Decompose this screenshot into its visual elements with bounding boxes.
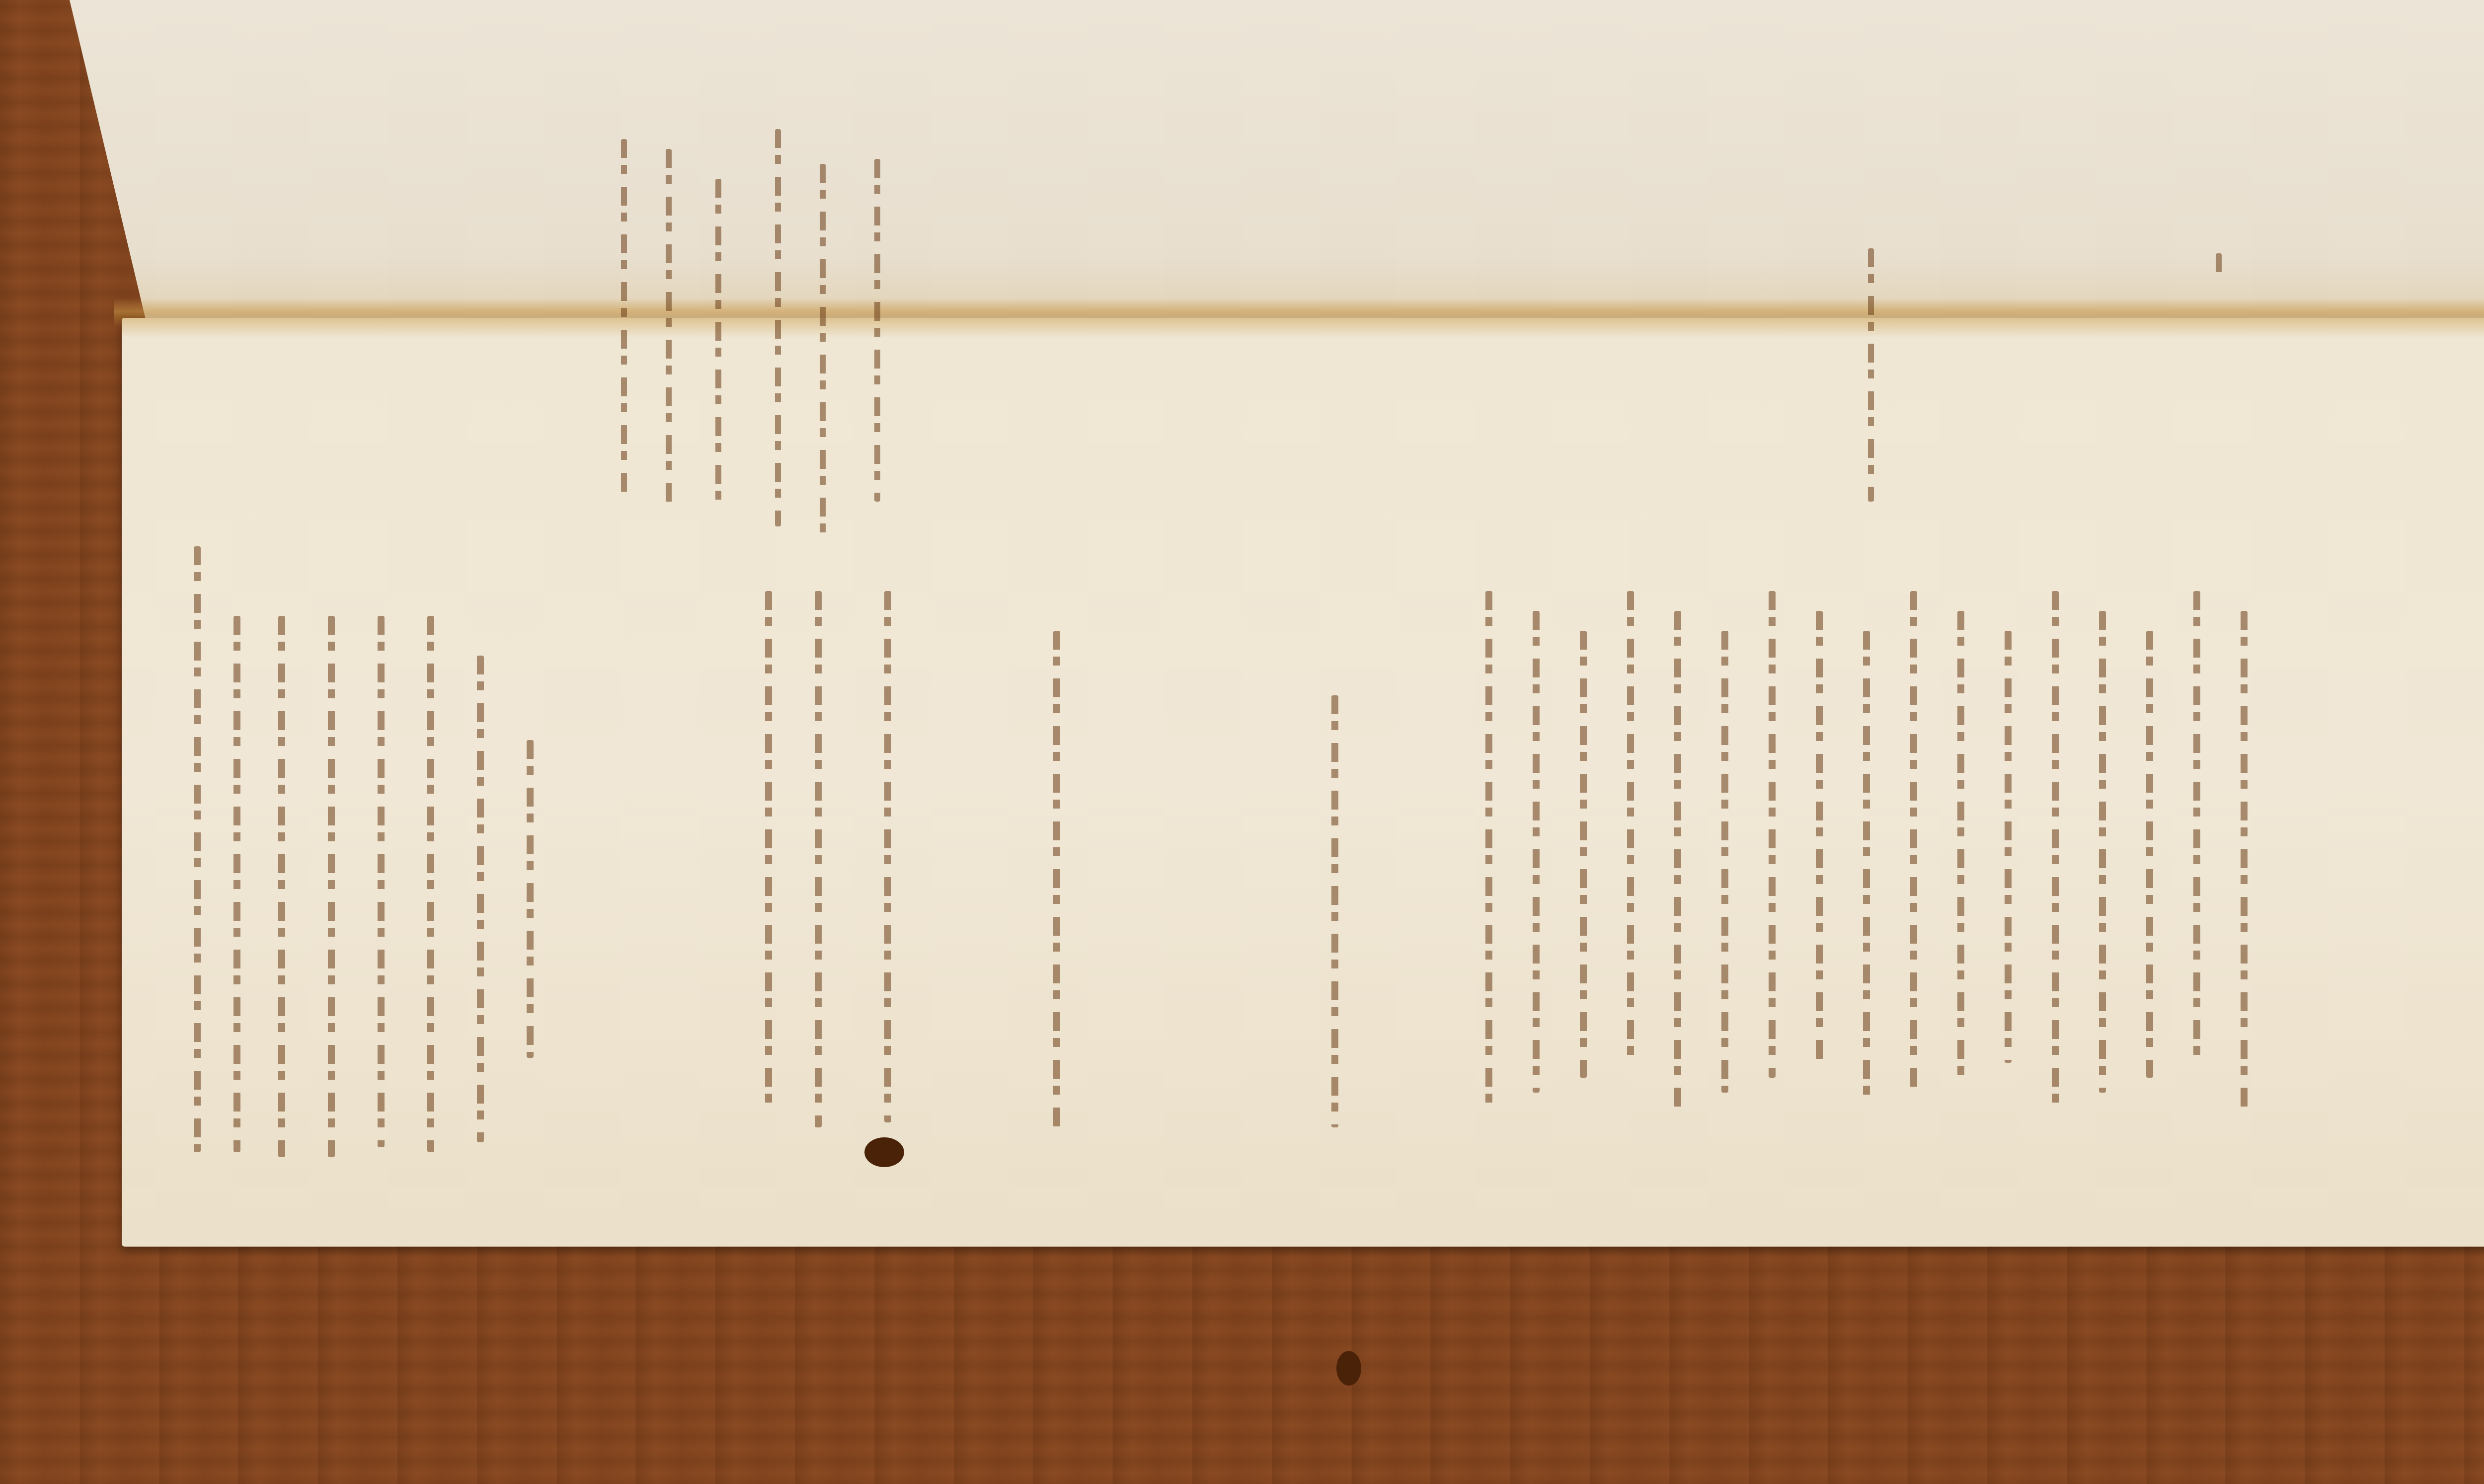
handwriting-line bbox=[1053, 631, 1060, 1127]
handwriting-line bbox=[427, 616, 434, 1152]
handwriting-line bbox=[2099, 611, 2106, 1093]
handwriting-line bbox=[884, 591, 891, 1122]
handwriting-line bbox=[527, 740, 534, 1058]
handwriting-line bbox=[233, 616, 240, 1152]
handwriting-line bbox=[278, 616, 285, 1157]
handwriting-line bbox=[2241, 611, 2248, 1108]
handwriting-line bbox=[194, 546, 201, 1152]
marginal-note-left: ​ bbox=[616, 109, 643, 318]
handwriting-line bbox=[2052, 591, 2059, 1108]
handwriting-line bbox=[378, 616, 385, 1147]
upper-paper-leaf: ​ bbox=[70, 0, 2484, 318]
handwriting-line bbox=[328, 616, 335, 1157]
handwriting-line bbox=[715, 179, 721, 502]
handwriting-line bbox=[820, 164, 826, 536]
handwriting-line bbox=[1868, 248, 1874, 502]
handwriting-line bbox=[2193, 591, 2200, 1063]
handwriting-line bbox=[1331, 695, 1338, 1127]
handwriting-line bbox=[1580, 631, 1587, 1078]
handwriting-line bbox=[765, 591, 772, 1113]
handwriting-line bbox=[1957, 611, 1964, 1078]
handwriting-line bbox=[666, 149, 672, 507]
handwriting-line bbox=[621, 139, 627, 497]
handwriting-line bbox=[874, 159, 880, 502]
handwriting-line bbox=[1721, 631, 1728, 1093]
handwriting-line bbox=[1485, 591, 1492, 1108]
handwriting-line bbox=[1816, 611, 1823, 1063]
handwriting-line bbox=[1769, 591, 1776, 1078]
handwriting-line bbox=[1674, 611, 1681, 1108]
handwriting-line bbox=[2005, 631, 2012, 1063]
handwriting-line bbox=[2146, 631, 2153, 1078]
handwriting-line bbox=[775, 129, 781, 526]
handwriting-line bbox=[1910, 591, 1917, 1093]
handwriting-line bbox=[2216, 253, 2222, 278]
handwriting-line bbox=[1863, 631, 1870, 1108]
handwriting-line bbox=[1533, 611, 1540, 1093]
ink-blot bbox=[1336, 1351, 1361, 1386]
handwriting-line bbox=[1627, 591, 1634, 1063]
handwriting-line bbox=[815, 591, 822, 1127]
ink-blot bbox=[864, 1137, 904, 1167]
handwriting-line bbox=[477, 656, 484, 1142]
lower-paper-leaf bbox=[122, 318, 2484, 1247]
